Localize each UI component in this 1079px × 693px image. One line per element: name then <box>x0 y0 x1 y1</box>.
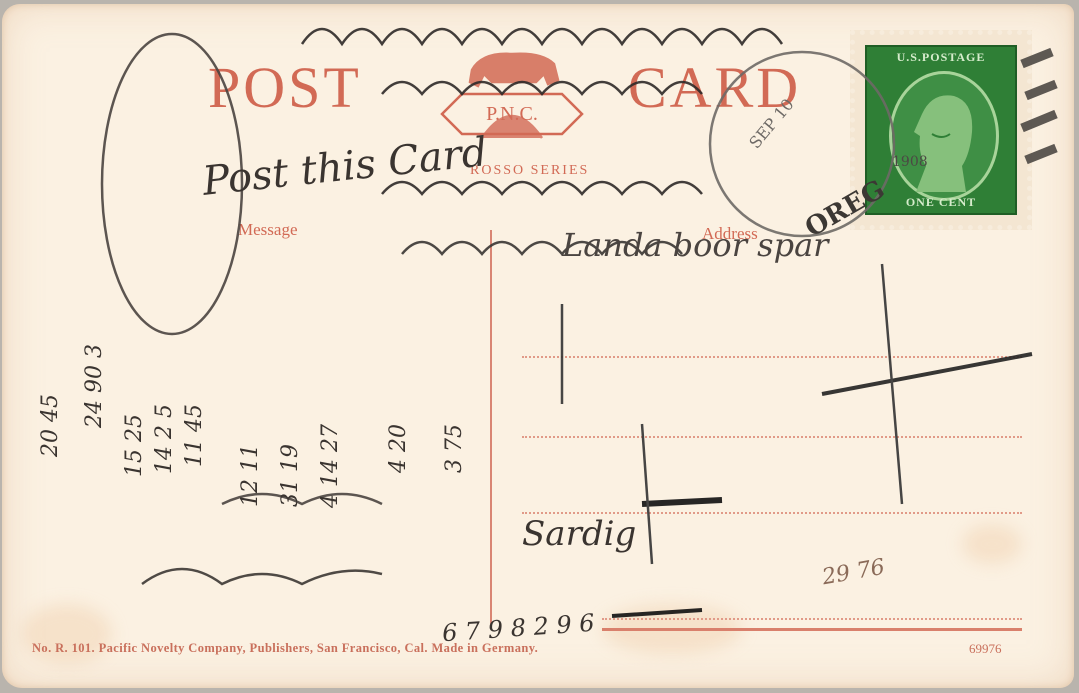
center-divider <box>490 230 492 624</box>
handwritten-number-column: 20 45 <box>38 394 63 457</box>
stamp-bottom-text: ONE CENT <box>867 195 1015 210</box>
svg-text:P.N.C.: P.N.C. <box>486 103 538 125</box>
postmark-year: 1908 <box>892 154 928 170</box>
handwritten-number-column: 12 11 <box>238 444 263 507</box>
handwritten-bottom-fragment: 29 76 <box>820 555 886 591</box>
handwritten-number-column: 11 45 <box>182 404 207 467</box>
handwritten-number-column: 24 90 3 <box>82 344 107 428</box>
address-line <box>522 436 1022 438</box>
handwritten-number-column: 3 75 <box>442 424 467 473</box>
paper-stain <box>962 524 1022 564</box>
handwritten-lower-fragment: Sardig <box>522 514 636 554</box>
address-line <box>602 618 1022 620</box>
title-post: POST <box>208 54 362 121</box>
franklin-portrait-icon <box>889 71 999 201</box>
handwritten-number-column: 4 14 27 <box>318 424 343 508</box>
bottom-rule <box>602 628 1022 631</box>
handwritten-greeting: Post this Card <box>200 129 489 205</box>
stamp-face: U.S.POSTAGE ONE CENT <box>865 45 1017 215</box>
handwritten-number-column: 31 19 <box>278 444 303 507</box>
catalog-number: 69976 <box>969 641 1002 657</box>
handwritten-number-column: 14 2 5 <box>152 404 177 474</box>
message-label: Message <box>238 220 297 240</box>
postcard-back: POST CARD P.N.C. ROSSO SERIES Message Ad… <box>2 4 1074 688</box>
handwritten-address-fragment: Landa boor spar <box>562 226 828 264</box>
handwritten-number-column: 4 20 <box>386 424 411 473</box>
address-line <box>522 356 1022 358</box>
handwritten-scribble-fragment: 6 7 9 8 2 9 6 <box>441 609 595 648</box>
stamp-top-text: U.S.POSTAGE <box>867 50 1015 65</box>
handwritten-number-column: 15 25 <box>122 414 147 477</box>
